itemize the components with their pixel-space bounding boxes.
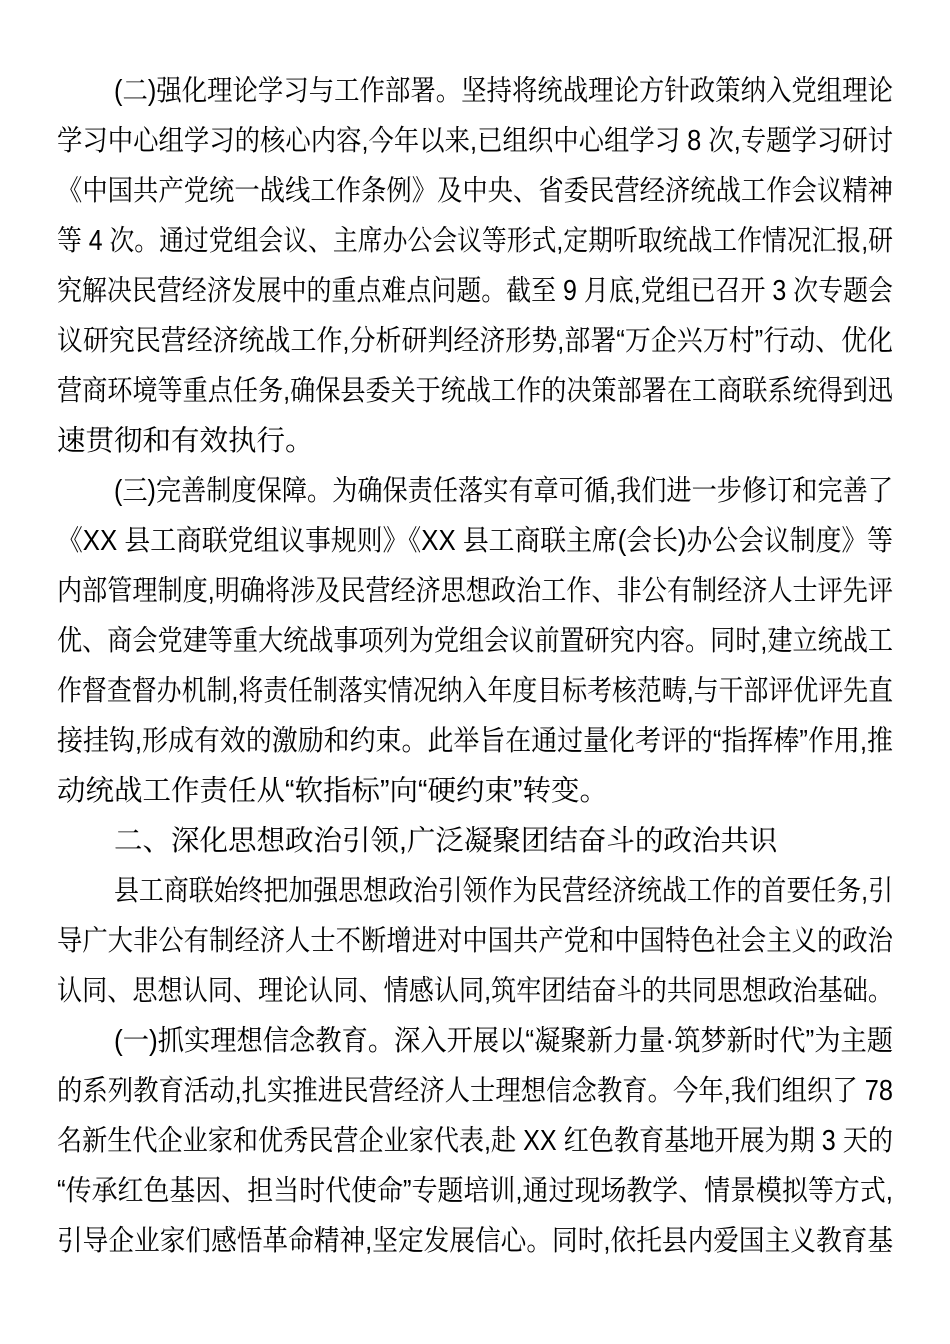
text-line: 学习中心组学习的核心内容,今年以来,已组织中心组学习 8 次,专题学习研讨 bbox=[57, 116, 893, 166]
paragraph-ii-theory-study-and-deployment: (二)强化理论学习与工作部署。坚持将统战理论方针政策纳入党组理论学习中心组学习的… bbox=[57, 66, 893, 466]
text-line: 县工商联始终把加强思想政治引领作为民营经济统战工作的首要任务,引 bbox=[57, 866, 893, 916]
document-content: (二)强化理论学习与工作部署。坚持将统战理论方针政策纳入党组理论学习中心组学习的… bbox=[57, 66, 893, 1266]
line-text: 二、深化思想政治引领,广泛凝聚团结奋斗的政治共识 bbox=[114, 816, 777, 866]
text-line: 接挂钩,形成有效的激励和约束。此举旨在通过量化考评的“指挥棒”作用,推 bbox=[57, 716, 893, 766]
text-line: 营商环境等重点任务,确保县委关于统战工作的决策部署在工商联系统得到迅 bbox=[57, 366, 893, 416]
line-text: 议研究民营经济统战工作,分析研判经济形势,部署“万企兴万村”行动、优化 bbox=[57, 316, 893, 366]
line-text: 等 4 次。通过党组会议、主席办公会议等形式,定期听取统战工作情况汇报,研 bbox=[57, 216, 893, 266]
line-text: 内部管理制度,明确将涉及民营经济思想政治工作、非公有制经济人士评先评 bbox=[57, 566, 893, 616]
text-line: 速贯彻和有效执行。 bbox=[57, 416, 893, 466]
line-text: 作督查督办机制,将责任制落实情况纳入年度目标考核范畴,与干部评优评先直 bbox=[57, 666, 893, 716]
heading-section-two-ideological-political-guidance: 二、深化思想政治引领,广泛凝聚团结奋斗的政治共识 bbox=[57, 816, 893, 866]
line-text: 名新生代企业家和优秀民营企业家代表,赴 XX 红色教育基地开展为期 3 天的 bbox=[57, 1116, 893, 1166]
text-line: 优、商会党建等重大统战事项列为党组会议前置研究内容。同时,建立统战工 bbox=[57, 616, 893, 666]
text-line: 《中国共产党统一战线工作条例》及中央、省委民营经济统战工作会议精神 bbox=[57, 166, 893, 216]
line-text: 引导企业家们感悟革命精神,坚定发展信心。同时,依托县内爱国主义教育基 bbox=[57, 1216, 893, 1266]
text-line: 动统战工作责任从“软指标”向“硬约束”转变。 bbox=[57, 766, 893, 816]
text-line: (一)抓实理想信念教育。深入开展以“凝聚新力量·筑梦新时代”为主题 bbox=[57, 1016, 893, 1066]
text-line: 名新生代企业家和优秀民营企业家代表,赴 XX 红色教育基地开展为期 3 天的 bbox=[57, 1116, 893, 1166]
paragraph-federation-primary-task: 县工商联始终把加强思想政治引领作为民营经济统战工作的首要任务,引导广大非公有制经… bbox=[57, 866, 893, 1016]
line-text: 学习中心组学习的核心内容,今年以来,已组织中心组学习 8 次,专题学习研讨 bbox=[57, 116, 893, 166]
text-line: 认同、思想认同、理论认同、情感认同,筑牢团结奋斗的共同思想政治基础。 bbox=[57, 966, 893, 1016]
text-line: 究解决民营经济发展中的重点难点问题。截至 9 月底,党组已召开 3 次专题会 bbox=[57, 266, 893, 316]
text-line: 的系列教育活动,扎实推进民营经济人士理想信念教育。今年,我们组织了 78 bbox=[57, 1066, 893, 1116]
line-text: 导广大非公有制经济人士不断增进对中国共产党和中国特色社会主义的政治 bbox=[57, 916, 893, 966]
text-line: “传承红色基因、担当时代使命”专题培训,通过现场教学、情景模拟等方式, bbox=[57, 1166, 893, 1216]
text-line: (三)完善制度保障。为确保责任落实有章可循,我们进一步修订和完善了 bbox=[57, 466, 893, 516]
line-text: 的系列教育活动,扎实推进民营经济人士理想信念教育。今年,我们组织了 78 bbox=[57, 1066, 893, 1116]
text-line: 等 4 次。通过党组会议、主席办公会议等形式,定期听取统战工作情况汇报,研 bbox=[57, 216, 893, 266]
paragraph-i-ideal-belief-education: (一)抓实理想信念教育。深入开展以“凝聚新力量·筑梦新时代”为主题的系列教育活动… bbox=[57, 1016, 893, 1266]
line-text: 《XX 县工商联党组议事规则》《XX 县工商联主席(会长)办公会议制度》等 bbox=[57, 516, 893, 566]
line-text: (一)抓实理想信念教育。深入开展以“凝聚新力量·筑梦新时代”为主题 bbox=[114, 1016, 893, 1066]
text-line: 《XX 县工商联党组议事规则》《XX 县工商联主席(会长)办公会议制度》等 bbox=[57, 516, 893, 566]
paragraph-iii-institutional-safeguards: (三)完善制度保障。为确保责任落实有章可循,我们进一步修订和完善了《XX 县工商… bbox=[57, 466, 893, 816]
text-line: 引导企业家们感悟革命精神,坚定发展信心。同时,依托县内爱国主义教育基 bbox=[57, 1216, 893, 1266]
heading-line: 二、深化思想政治引领,广泛凝聚团结奋斗的政治共识 bbox=[57, 816, 893, 866]
document-page: (二)强化理论学习与工作部署。坚持将统战理论方针政策纳入党组理论学习中心组学习的… bbox=[0, 0, 950, 1344]
line-text: 《中国共产党统一战线工作条例》及中央、省委民营经济统战工作会议精神 bbox=[57, 166, 893, 216]
line-text: 接挂钩,形成有效的激励和约束。此举旨在通过量化考评的“指挥棒”作用,推 bbox=[57, 716, 893, 766]
text-line: (二)强化理论学习与工作部署。坚持将统战理论方针政策纳入党组理论 bbox=[57, 66, 893, 116]
text-line: 内部管理制度,明确将涉及民营经济思想政治工作、非公有制经济人士评先评 bbox=[57, 566, 893, 616]
line-text: “传承红色基因、担当时代使命”专题培训,通过现场教学、情景模拟等方式, bbox=[57, 1166, 893, 1216]
line-text: 动统战工作责任从“软指标”向“硬约束”转变。 bbox=[57, 766, 608, 816]
line-text: 营商环境等重点任务,确保县委关于统战工作的决策部署在工商联系统得到迅 bbox=[57, 366, 893, 416]
line-text: (二)强化理论学习与工作部署。坚持将统战理论方针政策纳入党组理论 bbox=[114, 66, 893, 116]
line-text: 究解决民营经济发展中的重点难点问题。截至 9 月底,党组已召开 3 次专题会 bbox=[57, 266, 893, 316]
line-text: (三)完善制度保障。为确保责任落实有章可循,我们进一步修订和完善了 bbox=[114, 466, 893, 516]
line-text: 优、商会党建等重大统战事项列为党组会议前置研究内容。同时,建立统战工 bbox=[57, 616, 893, 666]
text-line: 导广大非公有制经济人士不断增进对中国共产党和中国特色社会主义的政治 bbox=[57, 916, 893, 966]
text-line: 作督查督办机制,将责任制落实情况纳入年度目标考核范畴,与干部评优评先直 bbox=[57, 666, 893, 716]
line-text: 速贯彻和有效执行。 bbox=[57, 416, 314, 466]
line-text: 县工商联始终把加强思想政治引领作为民营经济统战工作的首要任务,引 bbox=[114, 866, 893, 916]
text-line: 议研究民营经济统战工作,分析研判经济形势,部署“万企兴万村”行动、优化 bbox=[57, 316, 893, 366]
line-text: 认同、思想认同、理论认同、情感认同,筑牢团结奋斗的共同思想政治基础。 bbox=[57, 966, 893, 1016]
